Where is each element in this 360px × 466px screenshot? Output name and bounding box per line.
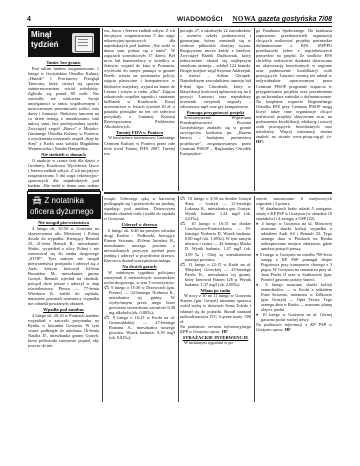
column-3-upper: poczęło 27, a ukończyło 22 zawodników – … — [180, 28, 251, 188]
article-text: 4 lutego ok. 10:50 w Gostyniu na skrzyżo… — [28, 226, 99, 307]
source-note: Na podstawie serwisu informacyjnego KPP … — [180, 324, 251, 334]
source-note-text: Na podstawie informacji z KP PSP w Gosty… — [256, 322, 332, 332]
list-item: ♦ 6 lutego usuwano skutki kolizji samoch… — [256, 282, 332, 312]
article-text: W kawiarence internetowej Gminnego Centr… — [104, 135, 175, 155]
notebook-icon — [72, 33, 94, 53]
article-title: Nie siedzieli w domach — [28, 152, 99, 157]
list-item-text: 10 lutego w Gostyniu na ul. Górnej gaszo… — [261, 312, 332, 322]
newspaper-page: 4 WIADOMOŚCI NOWA gazeta gostyńska 7/08 … — [0, 0, 360, 466]
article-title: Taniec bez granic — [28, 60, 99, 65]
column-2-upper: wa, Jawor i Jeżewa zadbali sołtysi. Z ic… — [104, 28, 175, 188]
list-item: ♦ 5 lutego w Gostyniu na osiedlu 700-lec… — [256, 252, 332, 282]
author-sign: HF — [222, 329, 228, 334]
page-number: 4 — [27, 16, 31, 23]
article-continuation: wiecie zanotowano 6 miejscowych zagrożeń… — [256, 196, 332, 206]
column-1-lower: Nie ustąpił pierwszeństwa 4 lutego ok. 1… — [28, 219, 99, 359]
article-text: 6 lutego ok. 6:40 na prostym odcinku dro… — [104, 228, 175, 263]
week-banner-line2: tydzień — [31, 40, 59, 50]
author-sign: HF — [285, 327, 291, 332]
police-banner-line2: oficera dyżurnego — [30, 206, 94, 217]
police-banner-line1: 🚔︎ Z notatnika — [32, 195, 84, 206]
column-rule — [178, 196, 179, 402]
column-rule — [102, 196, 103, 402]
paper-title-rest: gazeta gostyńska 7/08 — [256, 16, 332, 23]
article-title: Uderzył w drzewo — [104, 222, 175, 227]
page-header: 4 WIADOMOŚCI NOWA gazeta gostyńska 7/08 — [27, 16, 332, 27]
column-rule — [254, 28, 255, 191]
article-text: Pod takim hasłem zorganizowano 1 lutego … — [28, 66, 99, 152]
article-text: 4 lutego ok. 20:10 w Piaskach autobus wy… — [28, 313, 99, 348]
article-text: W nocy z 10 na 11 lutego w Gostyniu Star… — [180, 293, 251, 323]
article-continuation: poczęło 27, a ukończyło 22 zawodników – … — [180, 28, 251, 109]
article-text: W minionym tygodniu w po- — [180, 340, 251, 345]
section-title: WIADOMOŚCI — [177, 16, 223, 23]
police-banner-line1-text: Z notatnika — [44, 196, 84, 205]
list-item: 🚗︎ 9 lutego o 15:30 w Drzewcach (gm. Pon… — [104, 285, 175, 315]
list-item: ♦ 10 lutego w Gostyniu na ul. Górnej gas… — [256, 312, 332, 322]
article-title: Pomoga przygotować projekt — [180, 110, 251, 115]
column-rule — [254, 196, 255, 402]
list-item-text: 10 lutego o 16:15 na drodze Czachorowo-F… — [185, 221, 251, 261]
list-item-text: 5 lutego w Gostyniu na osiedlu 700-lecia… — [260, 252, 332, 282]
police-car-icon: 🚔︎ — [32, 196, 44, 205]
column-3-lower: 🚗︎ 10 lutego o 3:36 na drodze Gostyń Sta… — [180, 196, 251, 402]
column-rule — [178, 28, 179, 191]
column-2-lower: wsiąść. Uderzając ręką w karoserię pośli… — [104, 196, 175, 396]
list-item: 🚗︎ 9 lutego o 16:25 w Krobi na ul. Grunw… — [104, 315, 175, 340]
week-banner: Minął tydzień — [28, 28, 100, 57]
article-continuation: wsiąść. Uderzając ręką w karoserię pośli… — [104, 196, 175, 221]
column-4-lower: wiecie zanotowano 6 miejscowych zagrożeń… — [256, 196, 332, 402]
article-continuation: wa, Jawor i Jeżewa zadbali sołtysi. Z ic… — [104, 28, 175, 129]
police-banner: 🚔︎ Z notatnika oficera dyżurnego — [28, 192, 100, 218]
article-continuation: go Funduszu Społecznego. Do konkursu zap… — [256, 28, 332, 144]
list-item: ♦ 4 lutego w Gostyniu na ul. Mostowej us… — [256, 221, 332, 251]
list-item-text: 4 lutego w Gostyniu na ul. Mostowej usuw… — [261, 221, 332, 251]
list-item-text: 6 lutego usuwano skutki kolizji samochod… — [261, 282, 332, 312]
column-4-upper: go Funduszu Społecznego. Do konkursu zap… — [256, 28, 332, 188]
article-title: Wpadła pod autobus — [28, 307, 99, 312]
article-text: O atrakcje w czasie ferii dla dzieci z G… — [28, 158, 99, 187]
week-banner-title: Minął tydzień — [31, 30, 59, 50]
list-item-text: 11 lutego o 22:15 w Krobi na ul. Miejski… — [185, 262, 251, 287]
list-item-text: 10 lutego o 3:36 na drodze Gostyń Stary … — [185, 196, 251, 221]
column-rule — [102, 28, 103, 191]
paper-title: NOWA gazeta gostyńska 7/08 — [232, 15, 332, 23]
article-text: W minionym tygodniu policjanci zatrzymal… — [104, 270, 175, 285]
section-divider — [28, 189, 100, 191]
article-text: Stowarzyszenie Wspierania Przedsiębiorcz… — [180, 115, 251, 155]
list-item: 🚗︎ 11 lutego o 22:15 w Krobi na ul. Miej… — [180, 262, 251, 287]
article-title: Turniej FIFA w Poniecu — [104, 130, 175, 135]
list-item: 🚗︎ 10 lutego o 3:36 na drodze Gostyń Sta… — [180, 196, 251, 221]
list-item: 🚗︎ 10 lutego o 16:15 na drodze Czachorow… — [180, 221, 251, 261]
article-title: Włam po radio — [180, 288, 251, 293]
article-title: Na dwóch gazach — [104, 264, 175, 269]
article-title: Nie ustąpił pierwszeństwa — [28, 220, 99, 225]
list-item-text: 9 lutego o 16:25 w Krobi na ul. Grunwald… — [109, 315, 175, 340]
source-note: Na podstawie informacji z KP PSP w Gosty… — [256, 322, 332, 332]
list-item-text: 9 lutego o 15:30 w Drzewcach (gm. Poniec… — [109, 285, 175, 315]
section-divider — [104, 192, 332, 194]
column-1-upper: Taniec bez granic Pod takim hasłem zorga… — [28, 59, 99, 187]
article-title: STRAŻACKIE INTERWENCJE — [180, 335, 251, 340]
article-text: W działaniach brało udział 5 zastępów st… — [256, 206, 332, 221]
week-banner-line1: Minął — [31, 30, 59, 40]
paper-title-nowa: NOWA — [232, 15, 256, 23]
source-note-text: Na podstawie serwisu informacyjnego KPP … — [180, 324, 251, 334]
